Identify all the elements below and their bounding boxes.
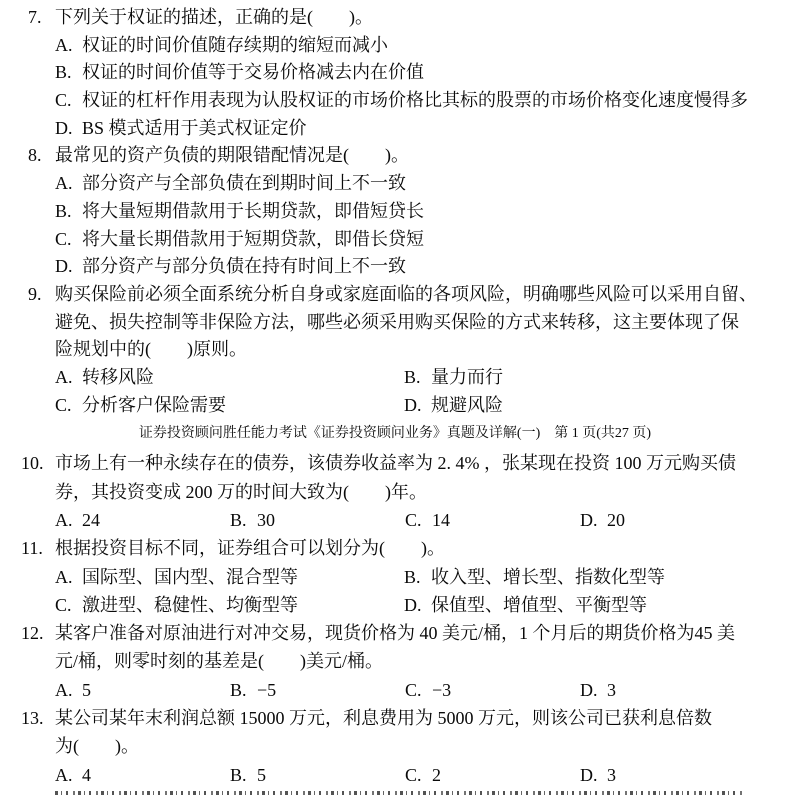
- q9-option-b-text: 量力而行: [431, 367, 503, 387]
- q13-number: 13.: [21, 704, 44, 732]
- q7-option-a: A.权证的时间价值随存续期的缩短而减小: [0, 32, 790, 60]
- q13-stem-cont-row: 为( )。: [0, 732, 790, 760]
- q9-option-c-text: 分析客户保险需要: [82, 395, 226, 415]
- q12-stem-cont-row: 元/桶，则零时刻的基差是( )美元/桶。: [0, 647, 790, 675]
- q10-options-row: A.24B.30C.14D.20: [0, 506, 790, 534]
- q10-number: 10.: [21, 449, 44, 477]
- q11-option-d-label: D.: [404, 591, 431, 619]
- q9-stem-cont-row: 险规划中的( )原则。: [0, 336, 790, 364]
- q8-number: 8.: [28, 142, 42, 170]
- q13-option-b: B.5: [230, 761, 405, 789]
- q9-option-a-text: 转移风险: [82, 367, 154, 387]
- q11-stem-text: 根据投资目标不同，证券组合可以划分为( )。: [55, 538, 445, 558]
- q9-stem-line-1: 购买保险前必须全面系统分析自身或家庭面临的各项风险，明确哪些风险可以采用自留、: [55, 284, 757, 304]
- page-bottom-section: 10. 市场上有一种永续存在的债券，该债券收益率为 2. 4% ，张某现在投资 …: [0, 449, 790, 789]
- q12-option-a: A.5: [55, 676, 230, 704]
- q13-option-c-label: C.: [405, 761, 432, 789]
- q10-option-a-text: 24: [82, 510, 100, 530]
- q8-option-d-text: 部分资产与部分负债在持有时间上不一致: [82, 256, 406, 276]
- q8-option-d: D.部分资产与部分负债在持有时间上不一致: [0, 253, 790, 281]
- q9-number: 9.: [28, 281, 42, 309]
- q7-option-b-text: 权证的时间价值等于交易价格减去内在价值: [82, 62, 424, 82]
- q12-option-b: B.−5: [230, 676, 405, 704]
- q7-option-d-text: BS 模式适用于美式权证定价: [82, 118, 307, 138]
- q13-stem-line-2: 为( )。: [55, 736, 139, 756]
- q9-stem-line-3: 险规划中的( )原则。: [55, 339, 247, 359]
- q11-options-row-1: A.国际型、国内型、混合型等B.收入型、增长型、指数化型等: [0, 563, 790, 591]
- q11-option-c-label: C.: [55, 591, 82, 619]
- page-top-section: 7. 下列关于权证的描述，正确的是( )。 A.权证的时间价值随存续期的缩短而减…: [0, 0, 790, 419]
- q9-option-b: B.量力而行: [404, 364, 503, 392]
- q12-option-d-text: 3: [607, 680, 616, 700]
- q10-option-a: A.24: [55, 506, 230, 534]
- q9-option-a: A.转移风险: [55, 364, 404, 392]
- q13-option-c-text: 2: [432, 765, 441, 785]
- q7-number: 7.: [28, 4, 42, 32]
- q7-option-c-text: 权证的杠杆作用表现为认股权证的市场价格比其标的股票的市场价格变化速度慢得多: [82, 90, 748, 110]
- q11-option-b-label: B.: [404, 563, 431, 591]
- q11-option-c-text: 激进型、稳健性、均衡型等: [82, 595, 298, 615]
- q8-stem-row: 8. 最常见的资产负债的期限错配情况是( )。: [0, 142, 790, 170]
- q10-option-c-label: C.: [405, 506, 432, 534]
- q11-option-d: D.保值型、增值型、平衡型等: [404, 591, 647, 619]
- q13-option-c: C.2: [405, 761, 580, 789]
- q7-option-d-label: D.: [55, 115, 82, 143]
- q10-option-d-label: D.: [580, 506, 607, 534]
- clipped-next-line-fragment: [55, 791, 743, 795]
- q12-number: 12.: [21, 619, 44, 647]
- q13-option-d: D.3: [580, 761, 616, 789]
- q8-option-a-label: A.: [55, 170, 82, 198]
- q10-option-d-text: 20: [607, 510, 625, 530]
- q10-option-b: B.30: [230, 506, 405, 534]
- q8-option-b: B.将大量短期借款用于长期贷款，即借短贷长: [0, 198, 790, 226]
- q12-option-c: C.−3: [405, 676, 580, 704]
- q13-option-d-text: 3: [607, 765, 616, 785]
- q11-options-row-2: C.激进型、稳健性、均衡型等D.保值型、增值型、平衡型等: [0, 591, 790, 619]
- q10-option-c: C.14: [405, 506, 580, 534]
- q9-option-a-label: A.: [55, 364, 82, 392]
- q11-option-d-text: 保值型、增值型、平衡型等: [431, 595, 647, 615]
- q12-options-row: A.5B.−5C.−3D.3: [0, 676, 790, 704]
- q10-option-c-text: 14: [432, 510, 450, 530]
- q7-option-c: C.权证的杠杆作用表现为认股权证的市场价格比其标的股票的市场价格变化速度慢得多: [0, 87, 790, 115]
- q9-options-row-2: C.分析客户保险需要D.规避风险: [0, 392, 790, 420]
- q9-option-c-label: C.: [55, 392, 82, 420]
- q13-option-b-text: 5: [257, 765, 266, 785]
- q9-option-b-label: B.: [404, 364, 431, 392]
- q13-options-row: A.4B.5C.2D.3: [0, 761, 790, 789]
- q9-stem-row: 9. 购买保险前必须全面系统分析自身或家庭面临的各项风险，明确哪些风险可以采用自…: [0, 281, 790, 309]
- q10-stem-cont-row: 券，其投资变成 200 万的时间大致为( )年。: [0, 478, 790, 506]
- q12-option-d: D.3: [580, 676, 616, 704]
- q8-option-c-label: C.: [55, 226, 82, 254]
- q8-option-d-label: D.: [55, 253, 82, 281]
- q13-option-a-text: 4: [82, 765, 91, 785]
- q12-option-a-label: A.: [55, 676, 82, 704]
- q8-option-b-label: B.: [55, 198, 82, 226]
- q11-option-b: B.收入型、增长型、指数化型等: [404, 563, 665, 591]
- q9-option-c: C.分析客户保险需要: [55, 392, 404, 420]
- q11-option-c: C.激进型、稳健性、均衡型等: [55, 591, 404, 619]
- q7-stem-text: 下列关于权证的描述，正确的是( )。: [55, 7, 373, 27]
- exam-document-page: 7. 下列关于权证的描述，正确的是( )。 A.权证的时间价值随存续期的缩短而减…: [0, 0, 790, 797]
- q13-stem-line-1: 某公司某年末利润总额 15000 万元，利息费用为 5000 万元，则该公司已获…: [55, 708, 712, 728]
- q11-option-a: A.国际型、国内型、混合型等: [55, 563, 404, 591]
- q12-stem-line-1: 某客户准备对原油进行对冲交易，现货价格为 40 美元/桶，1 个月后的期货价格为…: [55, 623, 735, 643]
- q13-option-a-label: A.: [55, 761, 82, 789]
- q12-option-b-text: −5: [257, 680, 276, 700]
- q11-option-a-label: A.: [55, 563, 82, 591]
- q7-option-b: B.权证的时间价值等于交易价格减去内在价值: [0, 59, 790, 87]
- q8-stem-text: 最常见的资产负债的期限错配情况是( )。: [55, 145, 409, 165]
- q7-option-d: D.BS 模式适用于美式权证定价: [0, 115, 790, 143]
- q10-stem-line-2: 券，其投资变成 200 万的时间大致为( )年。: [55, 482, 427, 502]
- q10-option-b-text: 30: [257, 510, 275, 530]
- q9-options-row-1: A.转移风险B.量力而行: [0, 364, 790, 392]
- q8-option-b-text: 将大量短期借款用于长期贷款，即借短贷长: [82, 201, 424, 221]
- q13-option-d-label: D.: [580, 761, 607, 789]
- q10-stem-row: 10. 市场上有一种永续存在的债券，该债券收益率为 2. 4% ，张某现在投资 …: [0, 449, 790, 477]
- q7-option-a-label: A.: [55, 32, 82, 60]
- q9-option-d: D.规避风险: [404, 392, 503, 420]
- q11-option-b-text: 收入型、增长型、指数化型等: [431, 567, 665, 587]
- q7-stem-row: 7. 下列关于权证的描述，正确的是( )。: [0, 4, 790, 32]
- q10-stem-line-1: 市场上有一种永续存在的债券，该债券收益率为 2. 4% ，张某现在投资 100 …: [55, 453, 736, 473]
- q11-option-a-text: 国际型、国内型、混合型等: [82, 567, 298, 587]
- q12-option-a-text: 5: [82, 680, 91, 700]
- q8-option-c: C.将大量长期借款用于短期贷款，即借长贷短: [0, 226, 790, 254]
- q12-stem-row: 12. 某客户准备对原油进行对冲交易，现货价格为 40 美元/桶，1 个月后的期…: [0, 619, 790, 647]
- q10-option-a-label: A.: [55, 506, 82, 534]
- q12-option-d-label: D.: [580, 676, 607, 704]
- q12-stem-line-2: 元/桶，则零时刻的基差是( )美元/桶。: [55, 651, 383, 671]
- q7-option-c-label: C.: [55, 87, 82, 115]
- q9-option-d-label: D.: [404, 392, 431, 420]
- page-footer-text: 证券投资顾问胜任能力考试《证券投资顾问业务》真题及详解(一) 第 1 页(共27…: [139, 426, 651, 441]
- q13-stem-row: 13. 某公司某年末利润总额 15000 万元，利息费用为 5000 万元，则该…: [0, 704, 790, 732]
- q8-option-c-text: 将大量长期借款用于短期贷款，即借长贷短: [82, 229, 424, 249]
- q12-option-c-text: −3: [432, 680, 451, 700]
- q11-number: 11.: [21, 534, 43, 562]
- q9-stem-cont-row: 避免、损失控制等非保险方法，哪些必须采用购买保险的方式来转移，这主要体现了保: [0, 309, 790, 337]
- q13-option-a: A.4: [55, 761, 230, 789]
- q10-option-b-label: B.: [230, 506, 257, 534]
- q11-stem-row: 11. 根据投资目标不同，证券组合可以划分为( )。: [0, 534, 790, 562]
- q12-option-b-label: B.: [230, 676, 257, 704]
- q7-option-b-label: B.: [55, 59, 82, 87]
- q7-option-a-text: 权证的时间价值随存续期的缩短而减小: [82, 35, 388, 55]
- q10-option-d: D.20: [580, 506, 625, 534]
- q9-stem-line-2: 避免、损失控制等非保险方法，哪些必须采用购买保险的方式来转移，这主要体现了保: [55, 312, 739, 332]
- q8-option-a-text: 部分资产与全部负债在到期时间上不一致: [82, 173, 406, 193]
- q13-option-b-label: B.: [230, 761, 257, 789]
- q12-option-c-label: C.: [405, 676, 432, 704]
- q9-option-d-text: 规避风险: [431, 395, 503, 415]
- page-footer: 证券投资顾问胜任能力考试《证券投资顾问业务》真题及详解(一) 第 1 页(共27…: [0, 419, 790, 449]
- q8-option-a: A.部分资产与全部负债在到期时间上不一致: [0, 170, 790, 198]
